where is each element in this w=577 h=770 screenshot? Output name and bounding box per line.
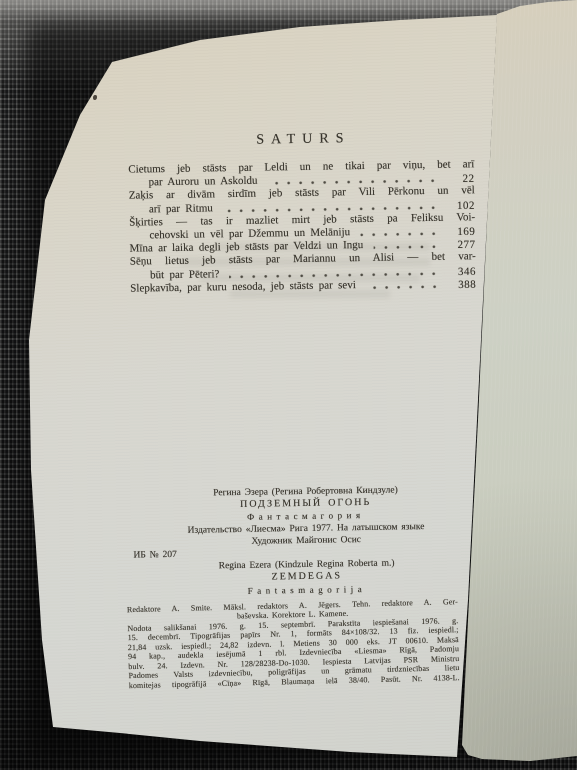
toc-page-number: 102 <box>449 199 475 213</box>
imprint-block: Регина Эзера (Регина Робертовна Киндзуле… <box>129 483 483 598</box>
dot-leader <box>360 225 443 240</box>
printed-page-content: SATURS Cietums jeb stāsts par Leldi un n… <box>0 0 577 770</box>
toc-entry-text: Slepkavība, par kuru nesoda, jeb stāsts … <box>130 279 356 296</box>
dot-leader <box>366 278 445 292</box>
toc-entry-text: būt par Pēteri? <box>150 268 220 282</box>
toc-page-number: 22 <box>448 173 474 187</box>
page-title: SATURS <box>128 129 472 150</box>
toc-page-number: 277 <box>449 239 475 253</box>
table-of-contents: Cietums jeb stāsts par Leldi un ne tikai… <box>128 158 476 295</box>
photo-of-open-book: SATURS Cietums jeb stāsts par Leldi un n… <box>0 0 577 770</box>
dot-leader <box>373 238 444 252</box>
toc-page-number: 346 <box>450 265 476 279</box>
toc-page-number: 388 <box>450 279 476 293</box>
toc-entry-text: arī par Ritmu <box>149 202 213 216</box>
toc-page-number: 169 <box>449 226 475 240</box>
colophon-block: Redaktore A. Smite. Māksl. redaktors A. … <box>127 597 460 690</box>
